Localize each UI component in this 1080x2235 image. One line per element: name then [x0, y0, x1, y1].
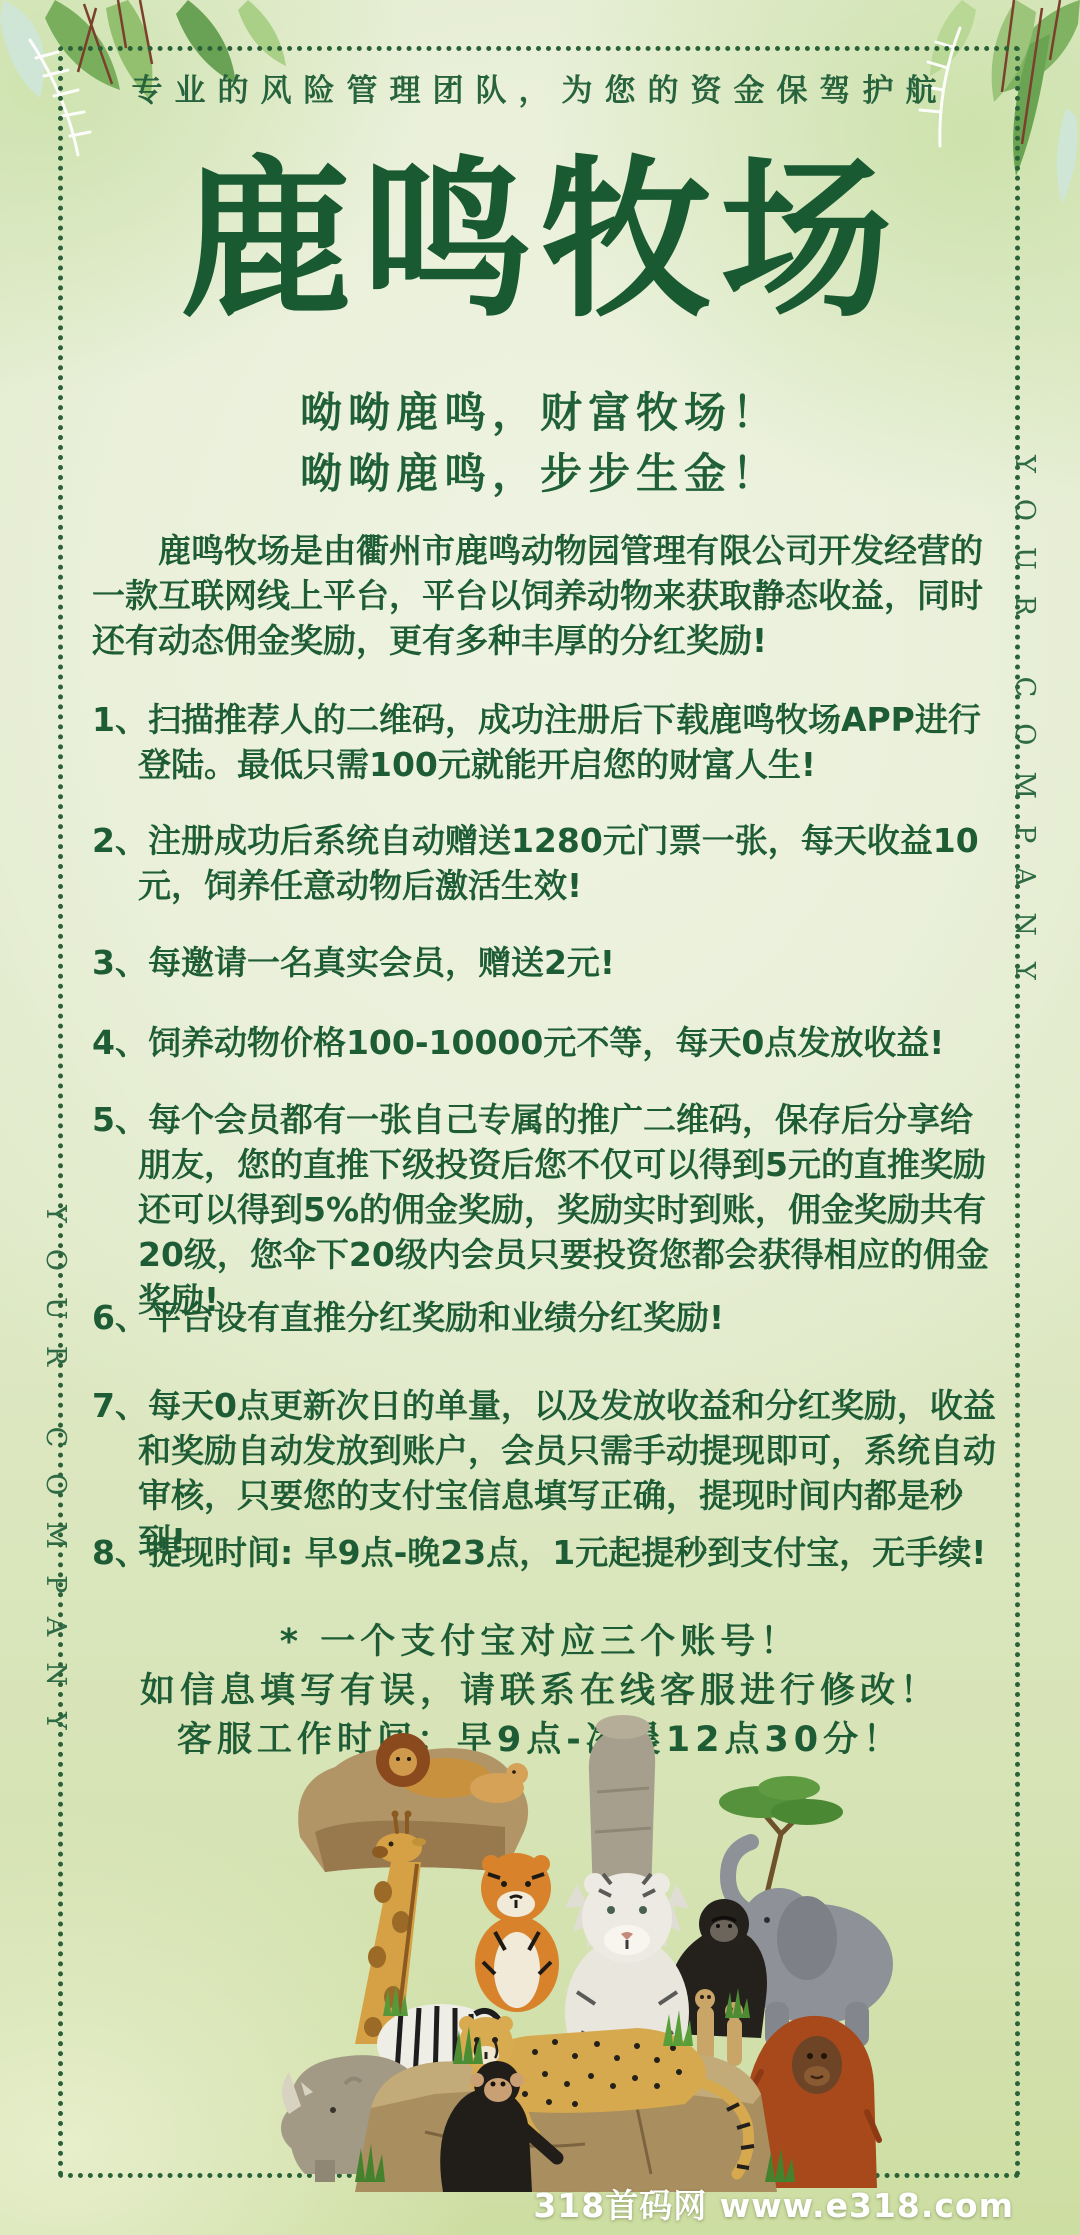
slogan-block: 呦呦鹿鸣，财富牧场！ 呦呦鹿鸣，步步生金！: [0, 382, 1080, 504]
note-line-1: * 一个支付宝对应三个账号！: [70, 1618, 1010, 1667]
acacia-tree-illustration: [719, 1776, 843, 1902]
side-text-left: YOUR COMPANY: [40, 1205, 71, 1756]
rule-item-6: 6、平台设有直推分红奖励和业绩分红奖励!: [92, 1295, 997, 1340]
tiger-illustration: [475, 1853, 559, 2012]
rule-item-8: 8、提现时间: 早9点-晚23点，1元起提秒到支付宝，无手续!: [92, 1530, 997, 1575]
rule-item-2: 2、注册成功后系统自动赠送1280元门票一张，每天收益10元，饲养任意动物后激活…: [92, 818, 997, 908]
side-text-right: YOUR COMPANY: [1009, 455, 1040, 1006]
page-title: 鹿鸣牧场: [0, 138, 1080, 343]
note-line-2: 如信息填写有误，请联系在线客服进行修改！: [70, 1667, 1010, 1716]
header-tagline: 专业的风险管理团队，为您的资金保驾护航: [0, 70, 1080, 112]
slogan-line-2: 呦呦鹿鸣，步步生金！: [0, 443, 1080, 504]
intro-paragraph: 鹿鸣牧场是由衢州市鹿鸣动物园管理有限公司开发经营的一款互联网线上平台，平台以饲养…: [92, 528, 992, 663]
rule-item-4: 4、饲养动物价格100-10000元不等，每天0点发放收益!: [92, 1020, 997, 1065]
slogan-line-1: 呦呦鹿鸣，财富牧场！: [0, 382, 1080, 443]
watermark-text: 318首码网 www.e318.com: [533, 2180, 1014, 2227]
promo-poster: 专业的风险管理团队，为您的资金保驾护航 鹿鸣牧场 呦呦鹿鸣，财富牧场！ 呦呦鹿鸣…: [0, 0, 1080, 2235]
animal-collage-illustration: [205, 1712, 895, 2192]
rule-item-3: 3、每邀请一名真实会员，赠送2元!: [92, 940, 997, 985]
rule-item-5: 5、每个会员都有一张自己专属的推广二维码，保存后分享给朋友，您的直推下级投资后您…: [92, 1097, 997, 1322]
stone-pillar-illustration: [589, 1715, 655, 1897]
rule-item-1: 1、扫描推荐人的二维码，成功注册后下载鹿鸣牧场APP进行登陆。最低只需100元就…: [92, 697, 997, 787]
